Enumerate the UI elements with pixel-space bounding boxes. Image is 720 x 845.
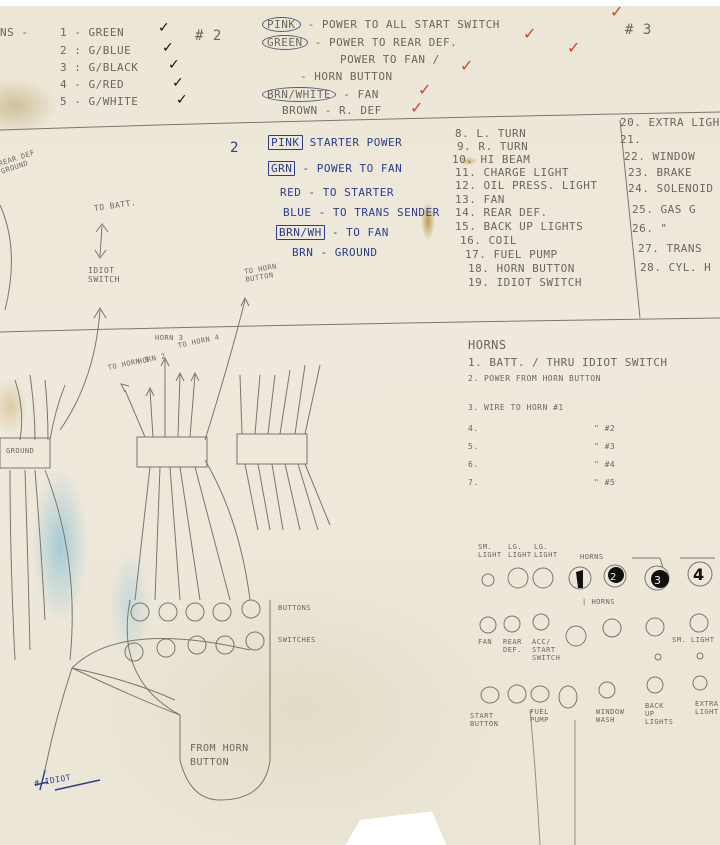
list-item: 17. FUEL PUMP <box>465 248 558 261</box>
section-label-2: # 2 <box>195 28 222 44</box>
check-mark-icon: ✓ <box>158 20 170 36</box>
horn-2-number: 2 <box>610 572 616 583</box>
horns-item: 4. " #2 <box>468 424 615 433</box>
top-center-item: PINK - POWER TO ALL START SWITCH <box>262 18 500 31</box>
svg-text:3: 3 <box>654 574 661 587</box>
blue-list-item: PINK STARTER POWER <box>268 136 402 149</box>
list-item: 9. R. TURN <box>457 140 528 153</box>
check-mark-icon: ✓ <box>176 92 188 108</box>
blue-list-item: BLUE - TO TRANS SENDER <box>283 206 440 219</box>
panel-label: BACK UP LIGHTS <box>645 702 673 726</box>
horns-title: HORNS <box>468 338 507 352</box>
list-item: 25. GAS G <box>632 203 696 216</box>
top-center-item: POWER TO FAN / <box>340 53 440 66</box>
panel-label: REAR DEF. <box>503 638 525 654</box>
top-left-prefix: NS - <box>0 26 29 39</box>
list-item: 14. REAR DEF. <box>455 206 548 219</box>
top-left-item: 4 - G/RED <box>60 78 124 91</box>
horns-item: 6. " #4 <box>468 460 615 469</box>
horns-item: 7. " #5 <box>468 478 615 487</box>
horns-item: 3. WIRE TO HORN #1 <box>468 403 564 412</box>
horns-item: 2. POWER FROM HORN BUTTON <box>468 374 601 383</box>
check-mark-icon: ✓ <box>610 2 623 21</box>
list-item: 13. FAN <box>455 193 505 206</box>
check-mark-icon: ✓ <box>410 98 423 117</box>
buttons-label: BUTTONS <box>278 604 311 612</box>
panel-label: ACC/ START SWITCH <box>532 638 560 662</box>
list-item: 22. WINDOW <box>624 150 695 163</box>
blue-list-item: BRN/WH - TO FAN <box>276 226 389 239</box>
top-center-item: BRN/WHITE - FAN <box>262 88 379 101</box>
list-item: 12. OIL PRESS. LIGHT <box>455 179 597 192</box>
list-item: 27. TRANS <box>638 242 702 255</box>
list-item: 19. IDIOT SWITCH <box>468 276 582 289</box>
panel-label: HORNS <box>580 553 604 561</box>
list-item: 10. HI BEAM <box>452 153 530 166</box>
list-item: 23. BRAKE <box>628 166 692 179</box>
list-item: 15. BACK UP LIGHTS <box>455 220 583 233</box>
list-item: 26. " <box>632 222 668 235</box>
check-mark-icon: ✓ <box>162 40 174 56</box>
list-item: 18. HORN BUTTON <box>468 262 575 275</box>
check-mark-icon: ✓ <box>523 24 536 43</box>
idiot-switch-label: IDIOT SWITCH <box>88 266 138 284</box>
top-center-item: GREEN - POWER TO REAR DEF. <box>262 36 457 49</box>
list-item: 24. SOLENOID <box>628 182 713 195</box>
check-mark-icon: ✓ <box>168 57 180 73</box>
list-item: 11. CHARGE LIGHT <box>455 166 569 179</box>
list-item: 8. L. TURN <box>455 127 526 140</box>
top-left-item: 3 : G/BLACK <box>60 61 138 74</box>
check-mark-icon: ✓ <box>567 38 580 57</box>
list-item: 28. CYL. H <box>640 261 711 274</box>
top-center-item: BROWN - R. DEF <box>282 104 382 117</box>
panel-label: EXTRA LIGHT <box>695 700 720 716</box>
panel-label: WINDOW WASH <box>596 708 626 724</box>
check-mark-icon: ✓ <box>418 80 431 99</box>
check-mark-icon: ✓ <box>460 56 473 75</box>
blue-list-item: RED - TO STARTER <box>280 186 394 199</box>
panel-label: SM. LIGHT <box>478 543 502 559</box>
panel-label: LG. LIGHT <box>508 543 530 559</box>
panel-label: LG. LIGHT <box>534 543 556 559</box>
ground-box-label: GROUND <box>6 447 34 455</box>
panel-label: FAN <box>478 638 492 646</box>
panel-label: SM. LIGHT <box>672 636 714 644</box>
top-left-item: 2 : G/BLUE <box>60 44 131 57</box>
top-center-item: - HORN BUTTON <box>300 70 393 83</box>
horns-item: 1. BATT. / THRU IDIOT SWITCH <box>468 356 667 369</box>
check-mark-icon: ✓ <box>172 75 184 91</box>
section-label-3: # 3 <box>625 22 652 38</box>
list-item: 21. <box>620 133 641 146</box>
panel-label: START BUTTON <box>470 712 506 728</box>
top-left-item: 1 - GREEN <box>60 26 124 39</box>
blue-list-item: GRN - POWER TO FAN <box>268 162 402 175</box>
horns-item: 5. " #3 <box>468 442 615 451</box>
switches-label: SWITCHES <box>278 636 316 644</box>
blue-list-label: 2 <box>230 140 239 156</box>
panel-horns-label: | HORNS <box>582 598 615 606</box>
from-horn-button-label: FROM HORN BUTTON <box>190 742 260 770</box>
top-left-item: 5 - G/WHITE <box>60 95 138 108</box>
list-item: 20. EXTRA LIGHT <box>620 116 720 129</box>
blue-list-item: BRN - GROUND <box>292 246 377 259</box>
panel-label: FUEL PUMP <box>530 708 554 724</box>
list-item: 16. COIL <box>460 234 517 247</box>
svg-text:4: 4 <box>693 565 704 584</box>
